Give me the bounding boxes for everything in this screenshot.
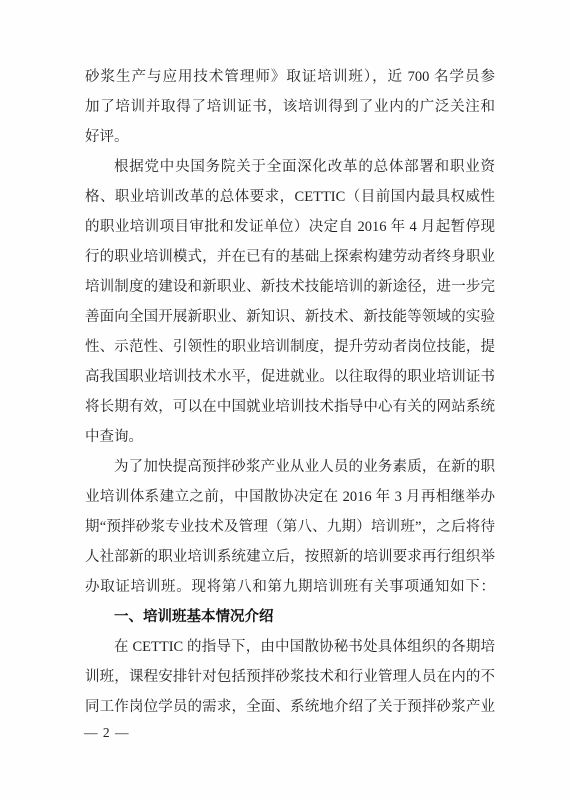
text-line: 将长期有效，可以在中国就业培训技术指导中心有关的网站系统 (85, 392, 495, 422)
text-line: 人社部新的职业培训系统建立后，按照新的培训要求再行组织举 (85, 542, 495, 572)
document-page: 砂浆生产与应用技术管理师》取证培训班），近 700 名学员参 加了培训并取得了培… (0, 0, 570, 800)
page-number: — 2 — (84, 722, 130, 744)
text-line: 好评。 (85, 122, 495, 152)
text-line: 在 CETTIC 的指导下，由中国散协秘书处具体组织的各期培 (85, 632, 495, 662)
text-line: 中查询。 (85, 422, 495, 452)
text-line: 为了加快提高预拌砂浆产业从业人员的业务素质，在新的职 (85, 452, 495, 482)
text-line: 训班，课程安排针对包括预拌砂浆技术和行业管理人员在内的不 (85, 662, 495, 692)
text-line: 办取证培训班。现将第八和第九期培训班有关事项通知如下： (85, 572, 495, 602)
text-line: 加了培训并取得了培训证书，该培训得到了业内的广泛关注和 (85, 92, 495, 122)
text-line: 根据党中央国务院关于全面深化改革的总体部署和职业资 (85, 152, 495, 182)
text-line: 善面向全国开展新职业、新知识、新技术、新技能等领域的实验 (85, 302, 495, 332)
document-body: 砂浆生产与应用技术管理师》取证培训班），近 700 名学员参 加了培训并取得了培… (85, 62, 495, 722)
section-heading: 一、培训班基本情况介绍 (85, 602, 495, 632)
text-line: 砂浆生产与应用技术管理师》取证培训班），近 700 名学员参 (85, 62, 495, 92)
text-line: 的职业培训项目审批和发证单位）决定自 2016 年 4 月起暂停现 (85, 212, 495, 242)
text-line: 期“预拌砂浆专业技术及管理（第八、九期）培训班”，之后将待 (85, 512, 495, 542)
text-line: 行的职业培训模式，并在已有的基础上探索构建劳动者终身职业 (85, 242, 495, 272)
text-line: 高我国职业培训技术水平，促进就业。以往取得的职业培训证书 (85, 362, 495, 392)
text-line: 格、职业培训改革的总体要求，CETTIC（目前国内最具权威性 (85, 182, 495, 212)
text-line: 性、示范性、引领性的职业培训制度，提升劳动者岗位技能，提 (85, 332, 495, 362)
text-line: 业培训体系建立之前，中国散协决定在 2016 年 3 月再相继举办两 (85, 482, 495, 512)
text-line: 同工作岗位学员的需求，全面、系统地介绍了关于预拌砂浆产业 (85, 692, 495, 722)
text-line: 培训制度的建设和新职业、新技术技能培训的新途径，进一步完 (85, 272, 495, 302)
